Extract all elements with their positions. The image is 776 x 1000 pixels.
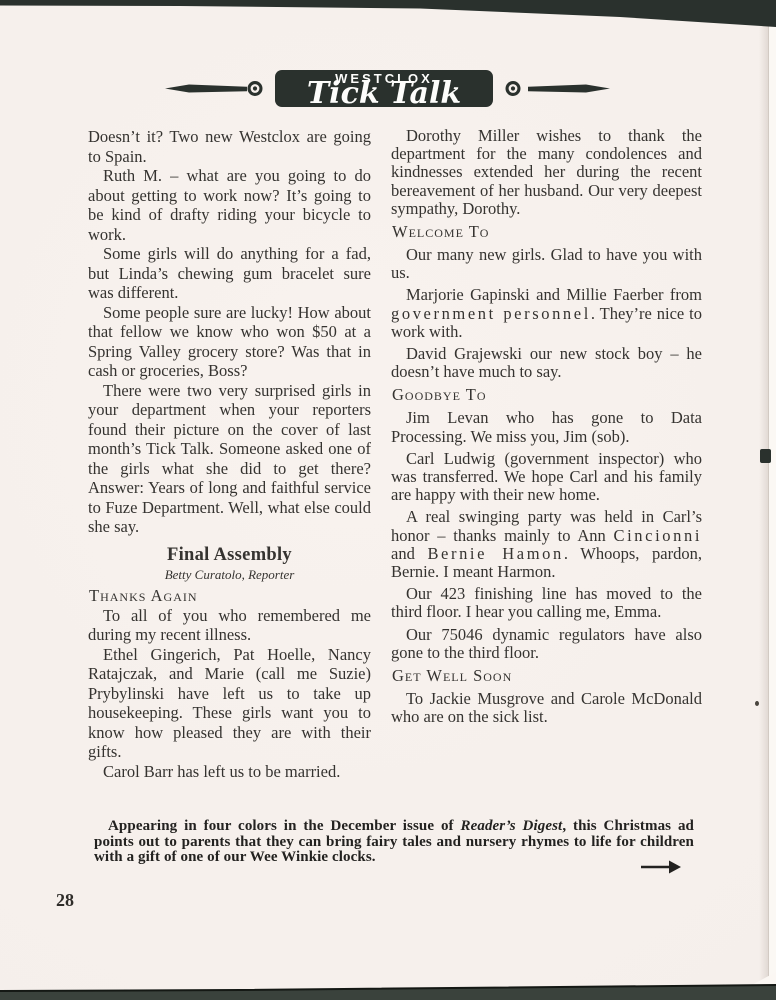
arrow-right-icon xyxy=(640,857,682,877)
paragraph: To Jackie Musgrove and Carole McDonald w… xyxy=(391,690,702,726)
paragraph: To all of you who remembered me during m… xyxy=(88,606,371,645)
paragraph: Doesn’t it? Two new Westclox are going t… xyxy=(88,127,371,166)
tick-talk-logo: WESTCLOX Tick Talk xyxy=(165,62,610,114)
adjacent-page-edge xyxy=(768,0,776,1000)
clock-hand-ornament-left xyxy=(165,81,263,96)
paragraph: Jim Levan who has gone to Data Processin… xyxy=(391,409,702,445)
page-edge-shadow xyxy=(759,0,768,1000)
subhead: Get Well Soon xyxy=(391,666,702,686)
paragraph: Carl Ludwig (government inspector) who w… xyxy=(391,450,702,505)
paragraph: David Grajewski our new stock boy – he d… xyxy=(391,345,702,381)
subhead: Goodbye To xyxy=(391,385,702,405)
text-run: Cincionni xyxy=(614,526,702,545)
edge-tab-mark xyxy=(760,449,771,463)
scanned-page: WESTCLOX Tick Talk Doesn’t it? Two new W… xyxy=(0,0,776,1000)
paragraph: Dorothy Miller wishes to thank the depar… xyxy=(391,127,702,218)
paragraph: Our 75046 dynamic regulators have also g… xyxy=(391,626,702,662)
paragraph: Ruth M. – what are you going to do about… xyxy=(88,166,371,244)
book-edge-bottom xyxy=(0,972,776,1000)
text-run: Appearing in four colors in the December… xyxy=(108,818,460,834)
ink-speck xyxy=(755,701,759,706)
subhead: Thanks Again xyxy=(88,586,371,606)
book-edge-top xyxy=(0,0,776,30)
column-left: Doesn’t it? Two new Westclox are going t… xyxy=(88,127,371,781)
paragraph: Our many new girls. Glad to have you wit… xyxy=(391,246,702,282)
text-run: and xyxy=(391,544,427,563)
page-number: 28 xyxy=(56,890,74,911)
paragraph: Carol Barr has left us to be married. xyxy=(88,762,371,782)
paragraph: Our 423 finishing line has moved to the … xyxy=(391,585,702,621)
paragraph: Some people sure are lucky! How about th… xyxy=(88,303,371,381)
text-run: Bernie Hamon xyxy=(427,544,563,563)
text-run: Reader’s Digest xyxy=(460,818,562,834)
byline: Betty Curatolo, Reporter xyxy=(88,566,371,583)
clock-hand-ornament-right xyxy=(506,81,611,96)
footer-caption: Appearing in four colors in the December… xyxy=(94,819,694,866)
paragraph: Ethel Gingerich, Pat Hoelle, Nancy Rataj… xyxy=(88,645,371,762)
column-right: Dorothy Miller wishes to thank the depar… xyxy=(391,127,702,726)
paragraph: A real swinging party was held in Carl’s… xyxy=(391,508,702,581)
paragraph: There were two very surprised girls in y… xyxy=(88,381,371,537)
paragraph: Some girls will do anything for a fad, b… xyxy=(88,244,371,303)
page-corner-curl xyxy=(750,972,776,986)
heading: Final Assembly xyxy=(88,544,371,566)
paragraph: Marjorie Gapinski and Millie Faerber fro… xyxy=(391,286,702,341)
text-run: government personnel xyxy=(391,304,591,323)
logo-title-text: Tick Talk xyxy=(307,76,461,111)
text-run: Marjorie Gapinski and Millie Faerber fro… xyxy=(406,285,702,304)
subhead: Welcome To xyxy=(391,222,702,242)
